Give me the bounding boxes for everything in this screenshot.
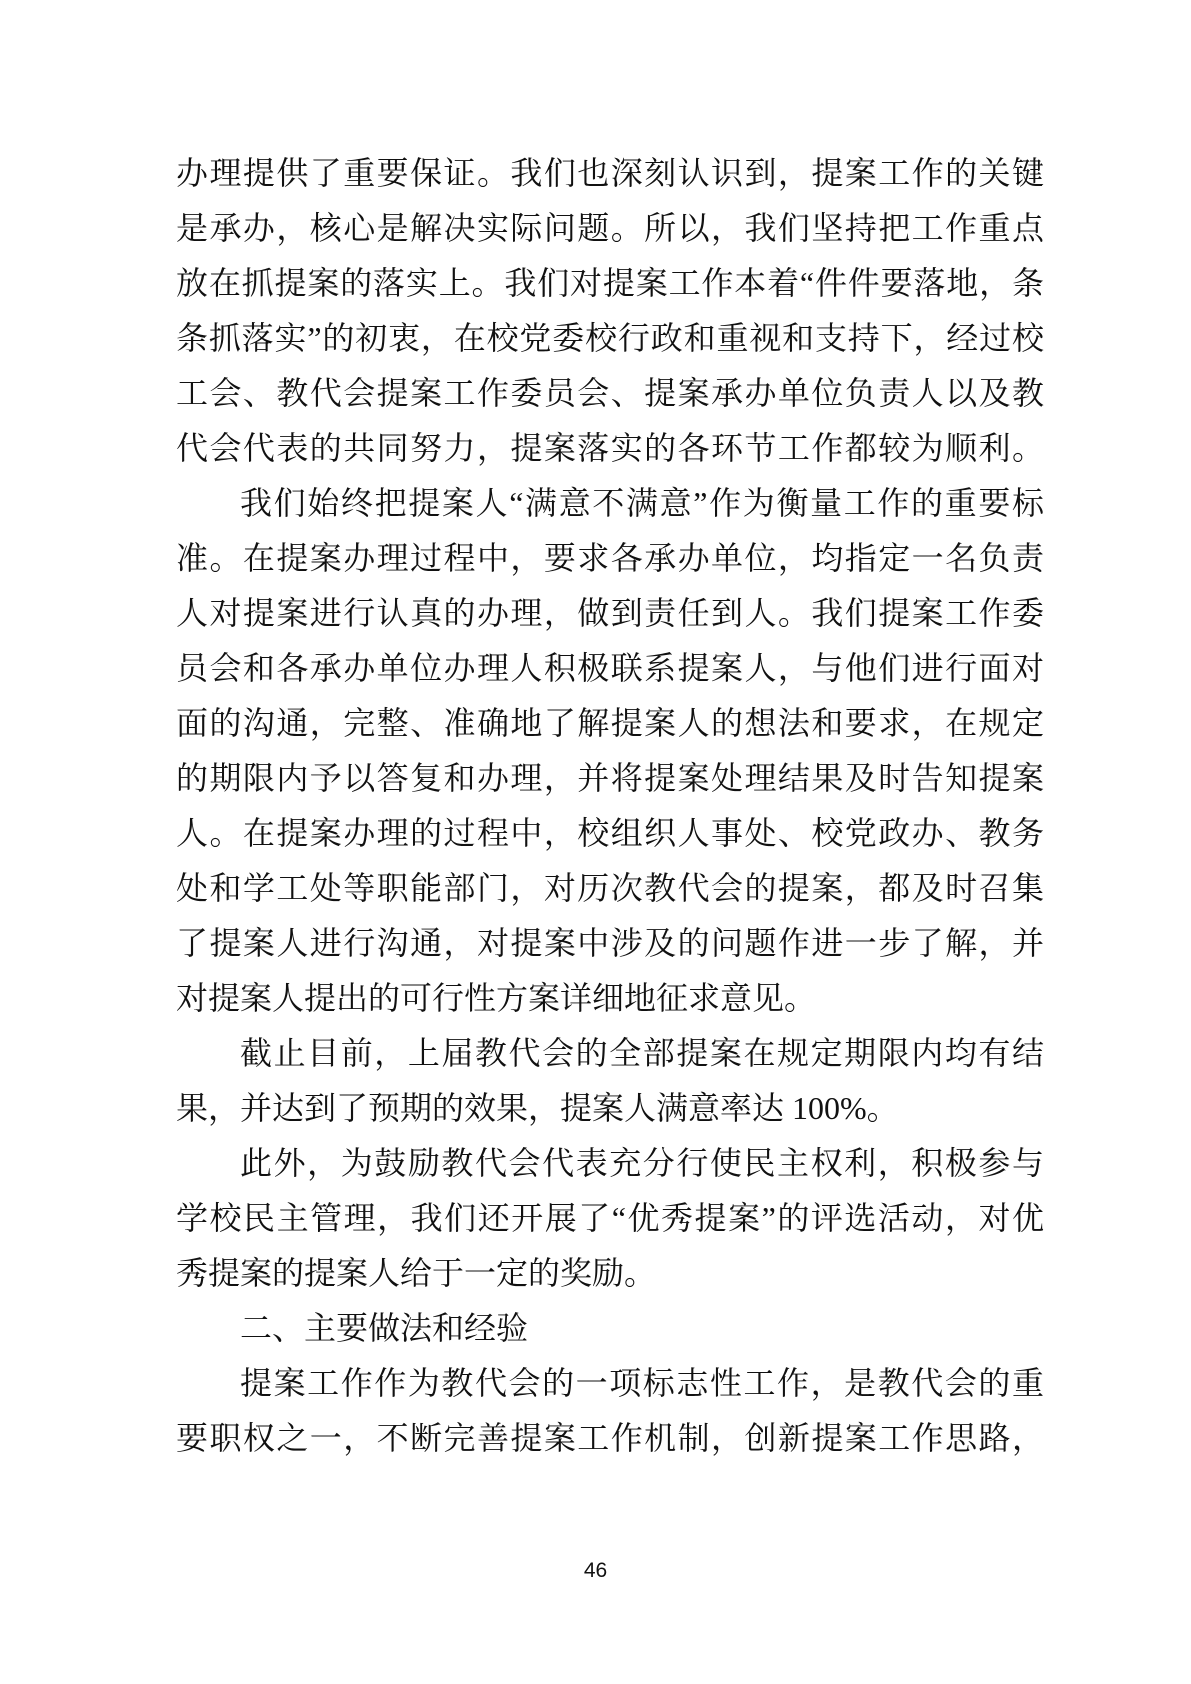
text-line: 的期限内予以答复和办理，并将提案处理结果及时告知提案 — [176, 751, 1044, 806]
document-page: 办理提供了重要保证。我们也深刻认识到，提案工作的关键 是承办，核心是解决实际问题… — [0, 0, 1191, 1684]
paragraph-first-line: 截止目前，上届教代会的全部提案在规定期限内均有结 — [176, 1026, 1044, 1081]
text-line: 人。在提案办理的过程中，校组织人事处、校党政办、教务 — [176, 806, 1044, 861]
paragraph-first-line: 此外，为鼓励教代会代表充分行使民主权利，积极参与 — [176, 1136, 1044, 1191]
section-heading: 二、主要做法和经验 — [176, 1301, 1044, 1356]
text-line: 代会代表的共同努力，提案落实的各环节工作都较为顺利。 — [176, 421, 1044, 476]
paragraph-first-line: 我们始终把提案人“满意不满意”作为衡量工作的重要标 — [176, 476, 1044, 531]
text-line: 工会、教代会提案工作委员会、提案承办单位负责人以及教 — [176, 366, 1044, 421]
text-line: 准。在提案办理过程中，要求各承办单位，均指定一名负责 — [176, 531, 1044, 586]
text-line: 放在抓提案的落实上。我们对提案工作本着“件件要落地，条 — [176, 256, 1044, 311]
text-line: 人对提案进行认真的办理，做到责任到人。我们提案工作委 — [176, 586, 1044, 641]
page-body: 办理提供了重要保证。我们也深刻认识到，提案工作的关键 是承办，核心是解决实际问题… — [176, 146, 1044, 1466]
text-line: 办理提供了重要保证。我们也深刻认识到，提案工作的关键 — [176, 146, 1044, 201]
text-line: 要职权之一，不断完善提案工作机制，创新提案工作思路， — [176, 1411, 1044, 1466]
text-line: 面的沟通，完整、准确地了解提案人的想法和要求，在规定 — [176, 696, 1044, 751]
text-line: 员会和各承办单位办理人积极联系提案人，与他们进行面对 — [176, 641, 1044, 696]
page-number: 46 — [0, 1558, 1191, 1584]
paragraph-last-line: 对提案人提出的可行性方案详细地征求意见。 — [176, 971, 1044, 1026]
text-line: 学校民主管理，我们还开展了“优秀提案”的评选活动，对优 — [176, 1191, 1044, 1246]
text-line: 条抓落实”的初衷，在校党委校行政和重视和支持下，经过校 — [176, 311, 1044, 366]
paragraph-first-line: 提案工作作为教代会的一项标志性工作，是教代会的重 — [176, 1356, 1044, 1411]
text-line: 是承办，核心是解决实际问题。所以，我们坚持把工作重点 — [176, 201, 1044, 256]
paragraph-last-line: 果，并达到了预期的效果，提案人满意率达 100%。 — [176, 1081, 1044, 1136]
text-line: 了提案人进行沟通，对提案中涉及的问题作进一步了解，并 — [176, 916, 1044, 971]
paragraph-last-line: 秀提案的提案人给于一定的奖励。 — [176, 1246, 1044, 1301]
text-line: 处和学工处等职能部门，对历次教代会的提案，都及时召集 — [176, 861, 1044, 916]
